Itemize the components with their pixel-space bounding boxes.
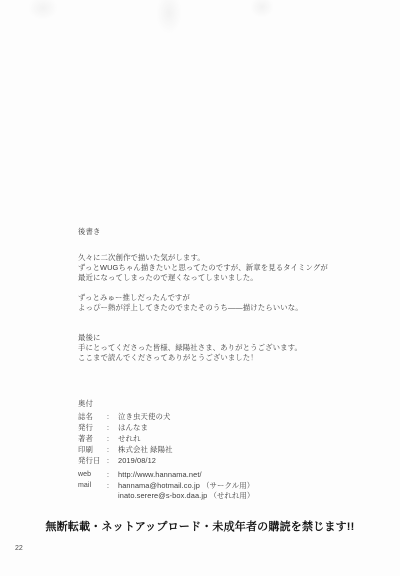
- contact-label: mail: [78, 481, 104, 492]
- afterword-title-text: 後書き: [78, 227, 100, 236]
- colophon-row-value: せれれ: [116, 433, 140, 444]
- afterword-paragraph-1: 久々に二次創作で描いた気がします。 ずっとWUGちゃん描きたいと思ってたのですが…: [78, 253, 328, 283]
- colophon-row-label: 印刷: [78, 444, 104, 455]
- colophon-table: 誌名 ： 泣き虫天使の犬 発行 ： はんなま 著者 ： せれれ 印刷 ： 株式会…: [78, 411, 173, 466]
- scan-artifact: [156, 0, 182, 34]
- colophon-row-title: 誌名 ： 泣き虫天使の犬: [78, 411, 173, 422]
- website-url-text: http://www.hannama.net/: [116, 470, 202, 481]
- colophon-row-printer: 印刷 ： 株式会社 緑陽社: [78, 444, 173, 455]
- contact-separator: ：: [104, 470, 116, 481]
- colophon-row-value: 株式会社 緑陽社: [116, 444, 173, 455]
- email-circle-text: hannama@hotmail.co.jp （サークル用）: [116, 481, 254, 492]
- scan-artifact: [250, 0, 274, 18]
- colophon-row-separator: ：: [104, 444, 116, 455]
- paragraph-line: ここまで読んでくださってありがとうございました！: [78, 353, 302, 363]
- contact-separator: ：: [104, 481, 116, 492]
- paragraph-line: ずっとみゅー推しだったんですが: [78, 293, 303, 303]
- colophon-row-value: はんなま: [116, 422, 148, 433]
- colophon-title-text: 奥付: [78, 399, 93, 408]
- paragraph-line: 久々に二次創作で描いた気がします。: [78, 253, 328, 263]
- afterword-paragraph-3: 最後に 手にとってくださった皆様、緑陽社さま、ありがとうございます。 ここまで読…: [78, 333, 302, 363]
- paragraph-line: ずっとWUGちゃん描きたいと思ってたのですが、新章を見るタイミングが: [78, 263, 328, 273]
- colophon-row-separator: ：: [104, 433, 116, 444]
- colophon-row-separator: ：: [104, 422, 116, 433]
- paragraph-line: 最後に: [78, 333, 302, 343]
- paragraph-line: 手にとってくださった皆様、緑陽社さま、ありがとうございます。: [78, 343, 302, 353]
- afterword-title: 後書き: [78, 227, 100, 237]
- colophon-row-label: 発行日: [78, 455, 104, 466]
- page-number: 22: [15, 545, 23, 552]
- scan-artifact: [28, 0, 58, 20]
- email-personal-text: inato.serere@s-box.daa.jp （せれれ用）: [78, 491, 254, 502]
- colophon-row-label: 誌名: [78, 411, 104, 422]
- contact-info: web ： http://www.hannama.net/ mail ： han…: [78, 470, 254, 502]
- colophon-row-separator: ：: [104, 411, 116, 422]
- reproduction-warning: 無断転載・ネットアップロード・未成年者の購読を禁じます!!: [0, 518, 400, 534]
- colophon-row-publisher: 発行 ： はんなま: [78, 422, 173, 433]
- contact-label: web: [78, 470, 104, 481]
- scanned-afterword-page: 後書き 久々に二次創作で描いた気がします。 ずっとWUGちゃん描きたいと思ってた…: [0, 0, 400, 576]
- colophon-row-value: 泣き虫天使の犬: [116, 411, 170, 422]
- colophon-row-value: 2019/08/12: [116, 455, 156, 466]
- paragraph-line: よっぴー熱が浮上してきたのでまたそのうち――描けたらいいな。: [78, 303, 303, 313]
- colophon-row-author: 著者 ： せれれ: [78, 433, 173, 444]
- paragraph-line: 最近になってしまったので遅くなってしまいました。: [78, 273, 328, 283]
- afterword-paragraph-2: ずっとみゅー推しだったんですが よっぴー熱が浮上してきたのでまたそのうち――描け…: [78, 293, 303, 313]
- colophon-row-separator: ：: [104, 455, 116, 466]
- colophon-title: 奥付: [78, 399, 93, 409]
- colophon-row-publish-date: 発行日 ： 2019/08/12: [78, 455, 173, 466]
- contact-row-mail: mail ： hannama@hotmail.co.jp （サークル用）: [78, 481, 254, 492]
- colophon-row-label: 著者: [78, 433, 104, 444]
- contact-row-web: web ： http://www.hannama.net/: [78, 470, 254, 481]
- colophon-row-label: 発行: [78, 422, 104, 433]
